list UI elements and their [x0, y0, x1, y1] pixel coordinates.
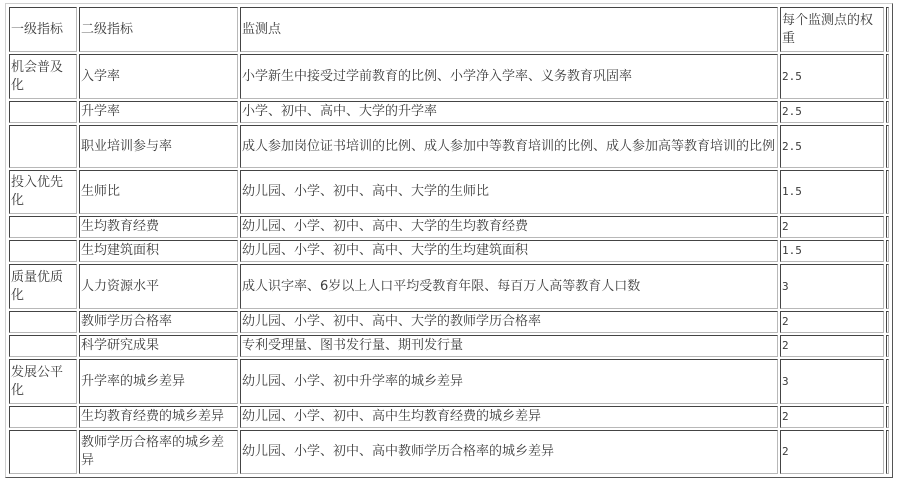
- table-row: 教师学历合格率的城乡差异 幼儿园、小学、初中、高中教师学历合格率的城乡差异 2: [9, 430, 889, 474]
- points-cell: 幼儿园、小学、初中、高中、大学的教师学历合格率: [240, 311, 778, 333]
- level1-cell: 机会普及化: [9, 54, 77, 99]
- points-cell: 幼儿园、小学、初中、高中、大学的生均建筑面积: [240, 240, 778, 262]
- header-level2: 二级指标: [79, 7, 238, 52]
- level1-cell: [9, 335, 77, 357]
- weight-cell: 2: [780, 430, 884, 474]
- level2-cell: 升学率的城乡差异: [79, 359, 238, 404]
- level2-cell: 生均建筑面积: [79, 240, 238, 262]
- points-cell: 幼儿园、小学、初中、高中、大学的生均教育经费: [240, 216, 778, 238]
- table-row: 发展公平化 升学率的城乡差异 幼儿园、小学、初中升学率的城乡差异 3: [9, 359, 889, 404]
- level1-cell: [9, 101, 77, 123]
- level2-cell: 教师学历合格率: [79, 311, 238, 333]
- points-cell: 成人参加岗位证书培训的比例、成人参加中等教育培训的比例、成人参加高等教育培训的比…: [240, 125, 778, 168]
- level1-cell: 质量优质化: [9, 264, 77, 309]
- points-cell: 成人识字率、6岁以上人口平均受教育年限、每百万人高等教育人口数: [240, 264, 778, 309]
- points-cell: 幼儿园、小学、初中升学率的城乡差异: [240, 359, 778, 404]
- weight-cell: 2: [780, 406, 884, 428]
- header-row: 一级指标 二级指标 监测点 每个监测点的权重: [9, 7, 889, 52]
- weight-cell: 2: [780, 216, 884, 238]
- extra-column: [886, 264, 889, 309]
- level1-cell: [9, 406, 77, 428]
- points-cell: 幼儿园、小学、初中、高中生均教育经费的城乡差异: [240, 406, 778, 428]
- table-row: 质量优质化 人力资源水平 成人识字率、6岁以上人口平均受教育年限、每百万人高等教…: [9, 264, 889, 309]
- level2-cell: 入学率: [79, 54, 238, 99]
- extra-column: [886, 311, 889, 333]
- weight-cell: 1.5: [780, 170, 884, 214]
- points-cell: 幼儿园、小学、初中、高中、大学的生师比: [240, 170, 778, 214]
- extra-column: [886, 359, 889, 404]
- weight-cell: 2: [780, 335, 884, 357]
- extra-column: [886, 216, 889, 238]
- extra-column: [886, 406, 889, 428]
- table-row: 升学率 小学、初中、高中、大学的升学率 2.5: [9, 101, 889, 123]
- points-cell: 小学新生中接受过学前教育的比例、小学净入学率、义务教育巩固率: [240, 54, 778, 99]
- weight-cell: 2: [780, 311, 884, 333]
- level1-cell: [9, 216, 77, 238]
- extra-column: [886, 125, 889, 168]
- level2-cell: 科学研究成果: [79, 335, 238, 357]
- table-row: 生均教育经费的城乡差异 幼儿园、小学、初中、高中生均教育经费的城乡差异 2: [9, 406, 889, 428]
- level1-cell: 发展公平化: [9, 359, 77, 404]
- level1-cell: [9, 430, 77, 474]
- table-row: 机会普及化 入学率 小学新生中接受过学前教育的比例、小学净入学率、义务教育巩固率…: [9, 54, 889, 99]
- extra-column: [886, 54, 889, 99]
- level2-cell: 升学率: [79, 101, 238, 123]
- table-row: 生均教育经费 幼儿园、小学、初中、高中、大学的生均教育经费 2: [9, 216, 889, 238]
- table-row: 职业培训参与率 成人参加岗位证书培训的比例、成人参加中等教育培训的比例、成人参加…: [9, 125, 889, 168]
- table-row: 科学研究成果 专利受理量、图书发行量、期刊发行量 2: [9, 335, 889, 357]
- points-cell: 小学、初中、高中、大学的升学率: [240, 101, 778, 123]
- weight-cell: 2.5: [780, 54, 884, 99]
- level2-cell: 生均教育经费的城乡差异: [79, 406, 238, 428]
- extra-column: [886, 170, 889, 214]
- extra-column: [886, 101, 889, 123]
- header-level1: 一级指标: [9, 7, 77, 52]
- level2-cell: 职业培训参与率: [79, 125, 238, 168]
- table-row: 生均建筑面积 幼儿园、小学、初中、高中、大学的生均建筑面积 1.5: [9, 240, 889, 262]
- weight-cell: 2.5: [780, 101, 884, 123]
- table-row: 教师学历合格率 幼儿园、小学、初中、高中、大学的教师学历合格率 2: [9, 311, 889, 333]
- level2-cell: 教师学历合格率的城乡差异: [79, 430, 238, 474]
- header-points: 监测点: [240, 7, 778, 52]
- extra-column: [886, 335, 889, 357]
- level1-cell: 投入优先化: [9, 170, 77, 214]
- weight-cell: 3: [780, 359, 884, 404]
- extra-column: [886, 240, 889, 262]
- points-cell: 幼儿园、小学、初中、高中教师学历合格率的城乡差异: [240, 430, 778, 474]
- level2-cell: 生均教育经费: [79, 216, 238, 238]
- level1-cell: [9, 125, 77, 168]
- weight-cell: 3: [780, 264, 884, 309]
- level2-cell: 人力资源水平: [79, 264, 238, 309]
- level2-cell: 生师比: [79, 170, 238, 214]
- extra-column: [886, 7, 889, 52]
- header-weight: 每个监测点的权重: [780, 7, 884, 52]
- weight-cell: 1.5: [780, 240, 884, 262]
- weight-cell: 2.5: [780, 125, 884, 168]
- indicator-table-frame: 一级指标 二级指标 监测点 每个监测点的权重 机会普及化 入学率 小学新生中接受…: [5, 3, 893, 478]
- points-cell: 专利受理量、图书发行量、期刊发行量: [240, 335, 778, 357]
- indicator-table: 一级指标 二级指标 监测点 每个监测点的权重 机会普及化 入学率 小学新生中接受…: [7, 5, 891, 476]
- table-row: 投入优先化 生师比 幼儿园、小学、初中、高中、大学的生师比 1.5: [9, 170, 889, 214]
- level1-cell: [9, 311, 77, 333]
- extra-column: [886, 430, 889, 474]
- level1-cell: [9, 240, 77, 262]
